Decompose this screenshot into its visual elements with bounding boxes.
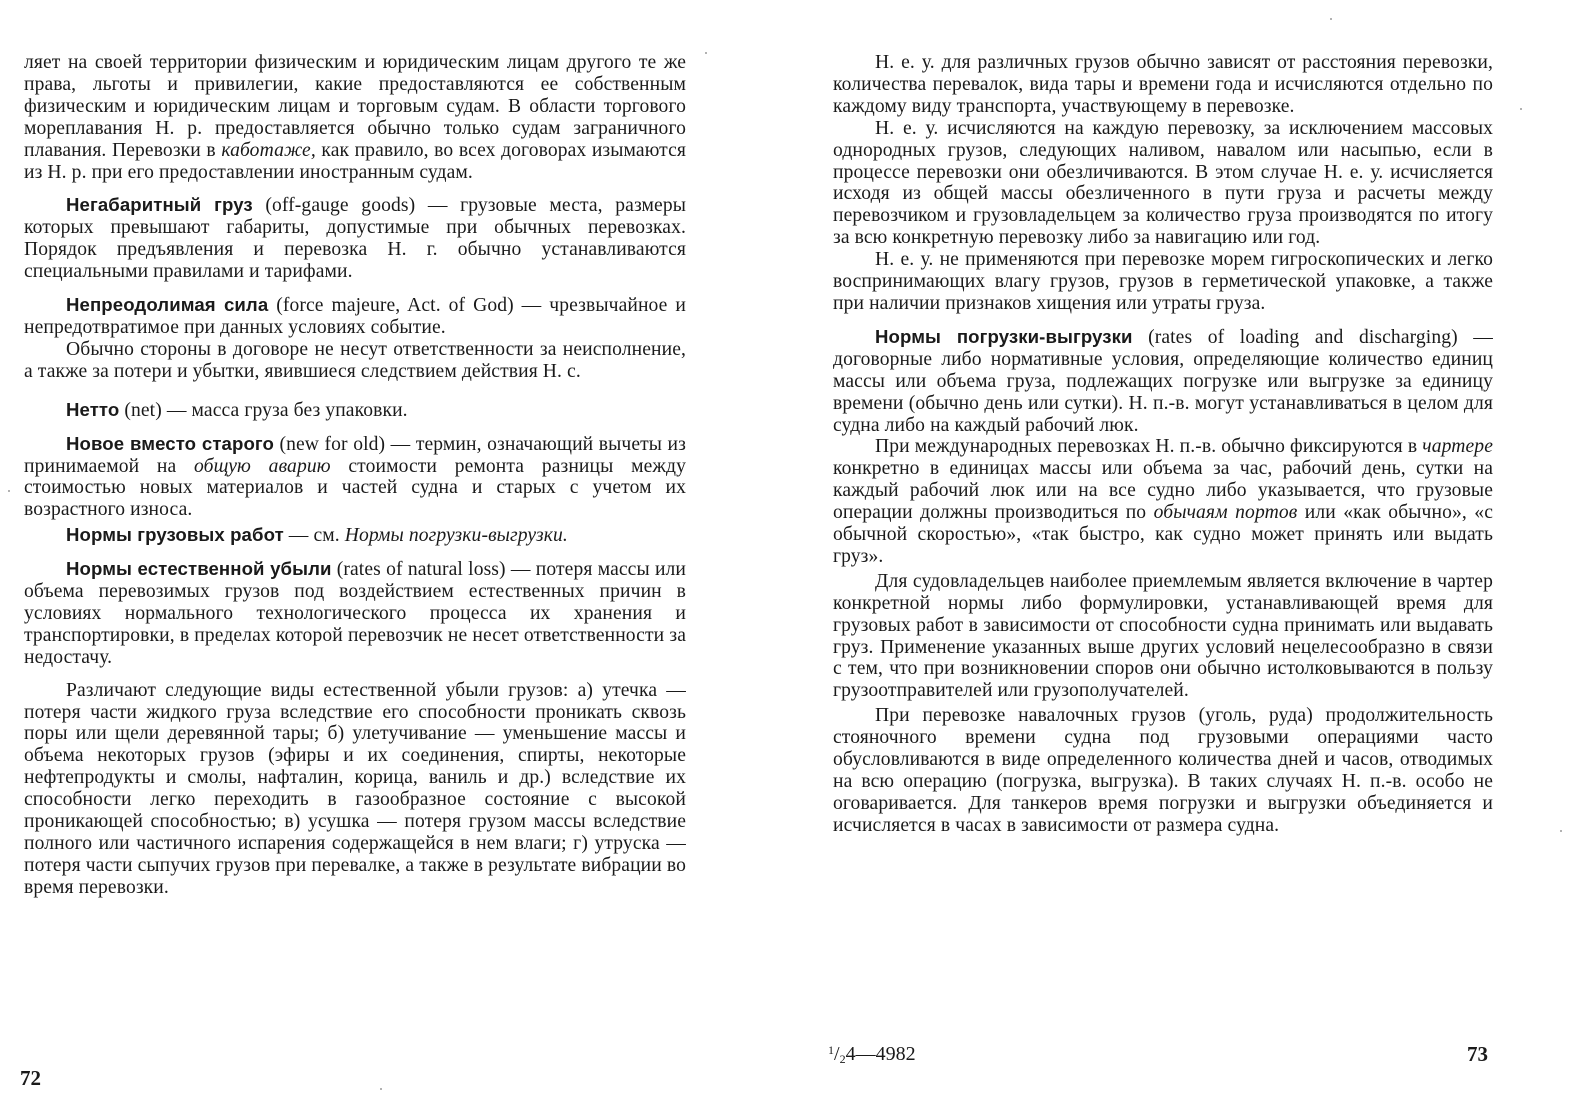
italic-cross-reference: обычаям портов (1154, 502, 1298, 523)
dictionary-entry-netto: Нетто (net) — масса груза без упаковки. (24, 399, 686, 422)
dictionary-entry-nepreodolimaya-sila: Непреодолимая сила (force majeure, Act. … (24, 294, 686, 339)
body-paragraph: При перевозке навалочных грузов (уголь, … (833, 705, 1493, 836)
scan-speck (380, 1088, 382, 1090)
signature-number: 4—4982 (846, 1043, 916, 1065)
italic-cross-reference: Нормы погрузки-выгрузки. (345, 525, 568, 546)
body-paragraph: Н. е. у. для различных грузов обычно зав… (833, 52, 1493, 118)
dictionary-entry-negabaritny-gruz: Негабаритный груз (off-gauge goods) — гр… (24, 194, 686, 283)
scan-speck (1330, 18, 1332, 20)
left-page: ляет на своей территории физическим и юр… (24, 52, 686, 899)
italic-cross-reference: чартере (1422, 436, 1493, 457)
dictionary-entry-normy-estestvennoy-ubyli: Нормы естественной убыли (rates of natur… (24, 558, 686, 669)
entry-definition: (net) — масса груза без упаковки. (119, 400, 407, 421)
scan-speck (1560, 830, 1562, 832)
dictionary-entry-normy-gruzovykh-rabot: Нормы грузовых работ — см. Нормы погрузк… (24, 524, 686, 547)
scan-speck (8, 490, 10, 492)
signature-numerator: 1 (828, 1043, 834, 1057)
printer-signature-mark: 1/24—4982 (828, 1043, 916, 1067)
page-number-left: 72 (20, 1066, 41, 1091)
entry-term: Нетто (66, 399, 119, 420)
body-paragraph: Н. е. у. исчисляются на каждую перевозку… (833, 118, 1493, 249)
entry-term: Нормы погрузки-выгрузки (875, 326, 1133, 347)
scan-speck (1520, 108, 1522, 110)
body-paragraph: Обычно стороны в договоре не несут ответ… (24, 339, 686, 383)
body-paragraph-mixed: При международных перевозках Н. п.-в. об… (833, 436, 1493, 567)
entry-definition: — см. (284, 525, 345, 546)
entry-term: Негабаритный груз (66, 194, 253, 215)
dictionary-entry-novoe-vmesto-starogo: Новое вместо старого (new for old) — тер… (24, 433, 686, 522)
italic-cross-reference: каботаже, (221, 140, 316, 161)
scan-speck (705, 52, 707, 54)
entry-term: Новое вместо старого (66, 433, 274, 454)
entry-term: Нормы грузовых работ (66, 524, 284, 545)
body-paragraph: Различают следующие виды естественной уб… (24, 680, 686, 899)
paragraph-text: При международных перевозках Н. п.-в. об… (875, 436, 1422, 457)
dictionary-entry-normy-pogruzki-vygruzki: Нормы погрузки-выгрузки (rates of loadin… (833, 326, 1493, 437)
body-paragraph: Для судовладельцев наиболее приемлемым я… (833, 571, 1493, 702)
page-number-right: 73 (1467, 1042, 1488, 1067)
continuation-paragraph: ляет на своей территории физическим и юр… (24, 52, 686, 183)
entry-term: Нормы естественной убыли (66, 558, 332, 579)
entry-term: Непреодолимая сила (66, 294, 268, 315)
italic-cross-reference: общую аварию (194, 456, 331, 477)
right-page: Н. е. у. для различных грузов обычно зав… (833, 52, 1493, 837)
body-paragraph: Н. е. у. не применяются при перевозке мо… (833, 249, 1493, 315)
